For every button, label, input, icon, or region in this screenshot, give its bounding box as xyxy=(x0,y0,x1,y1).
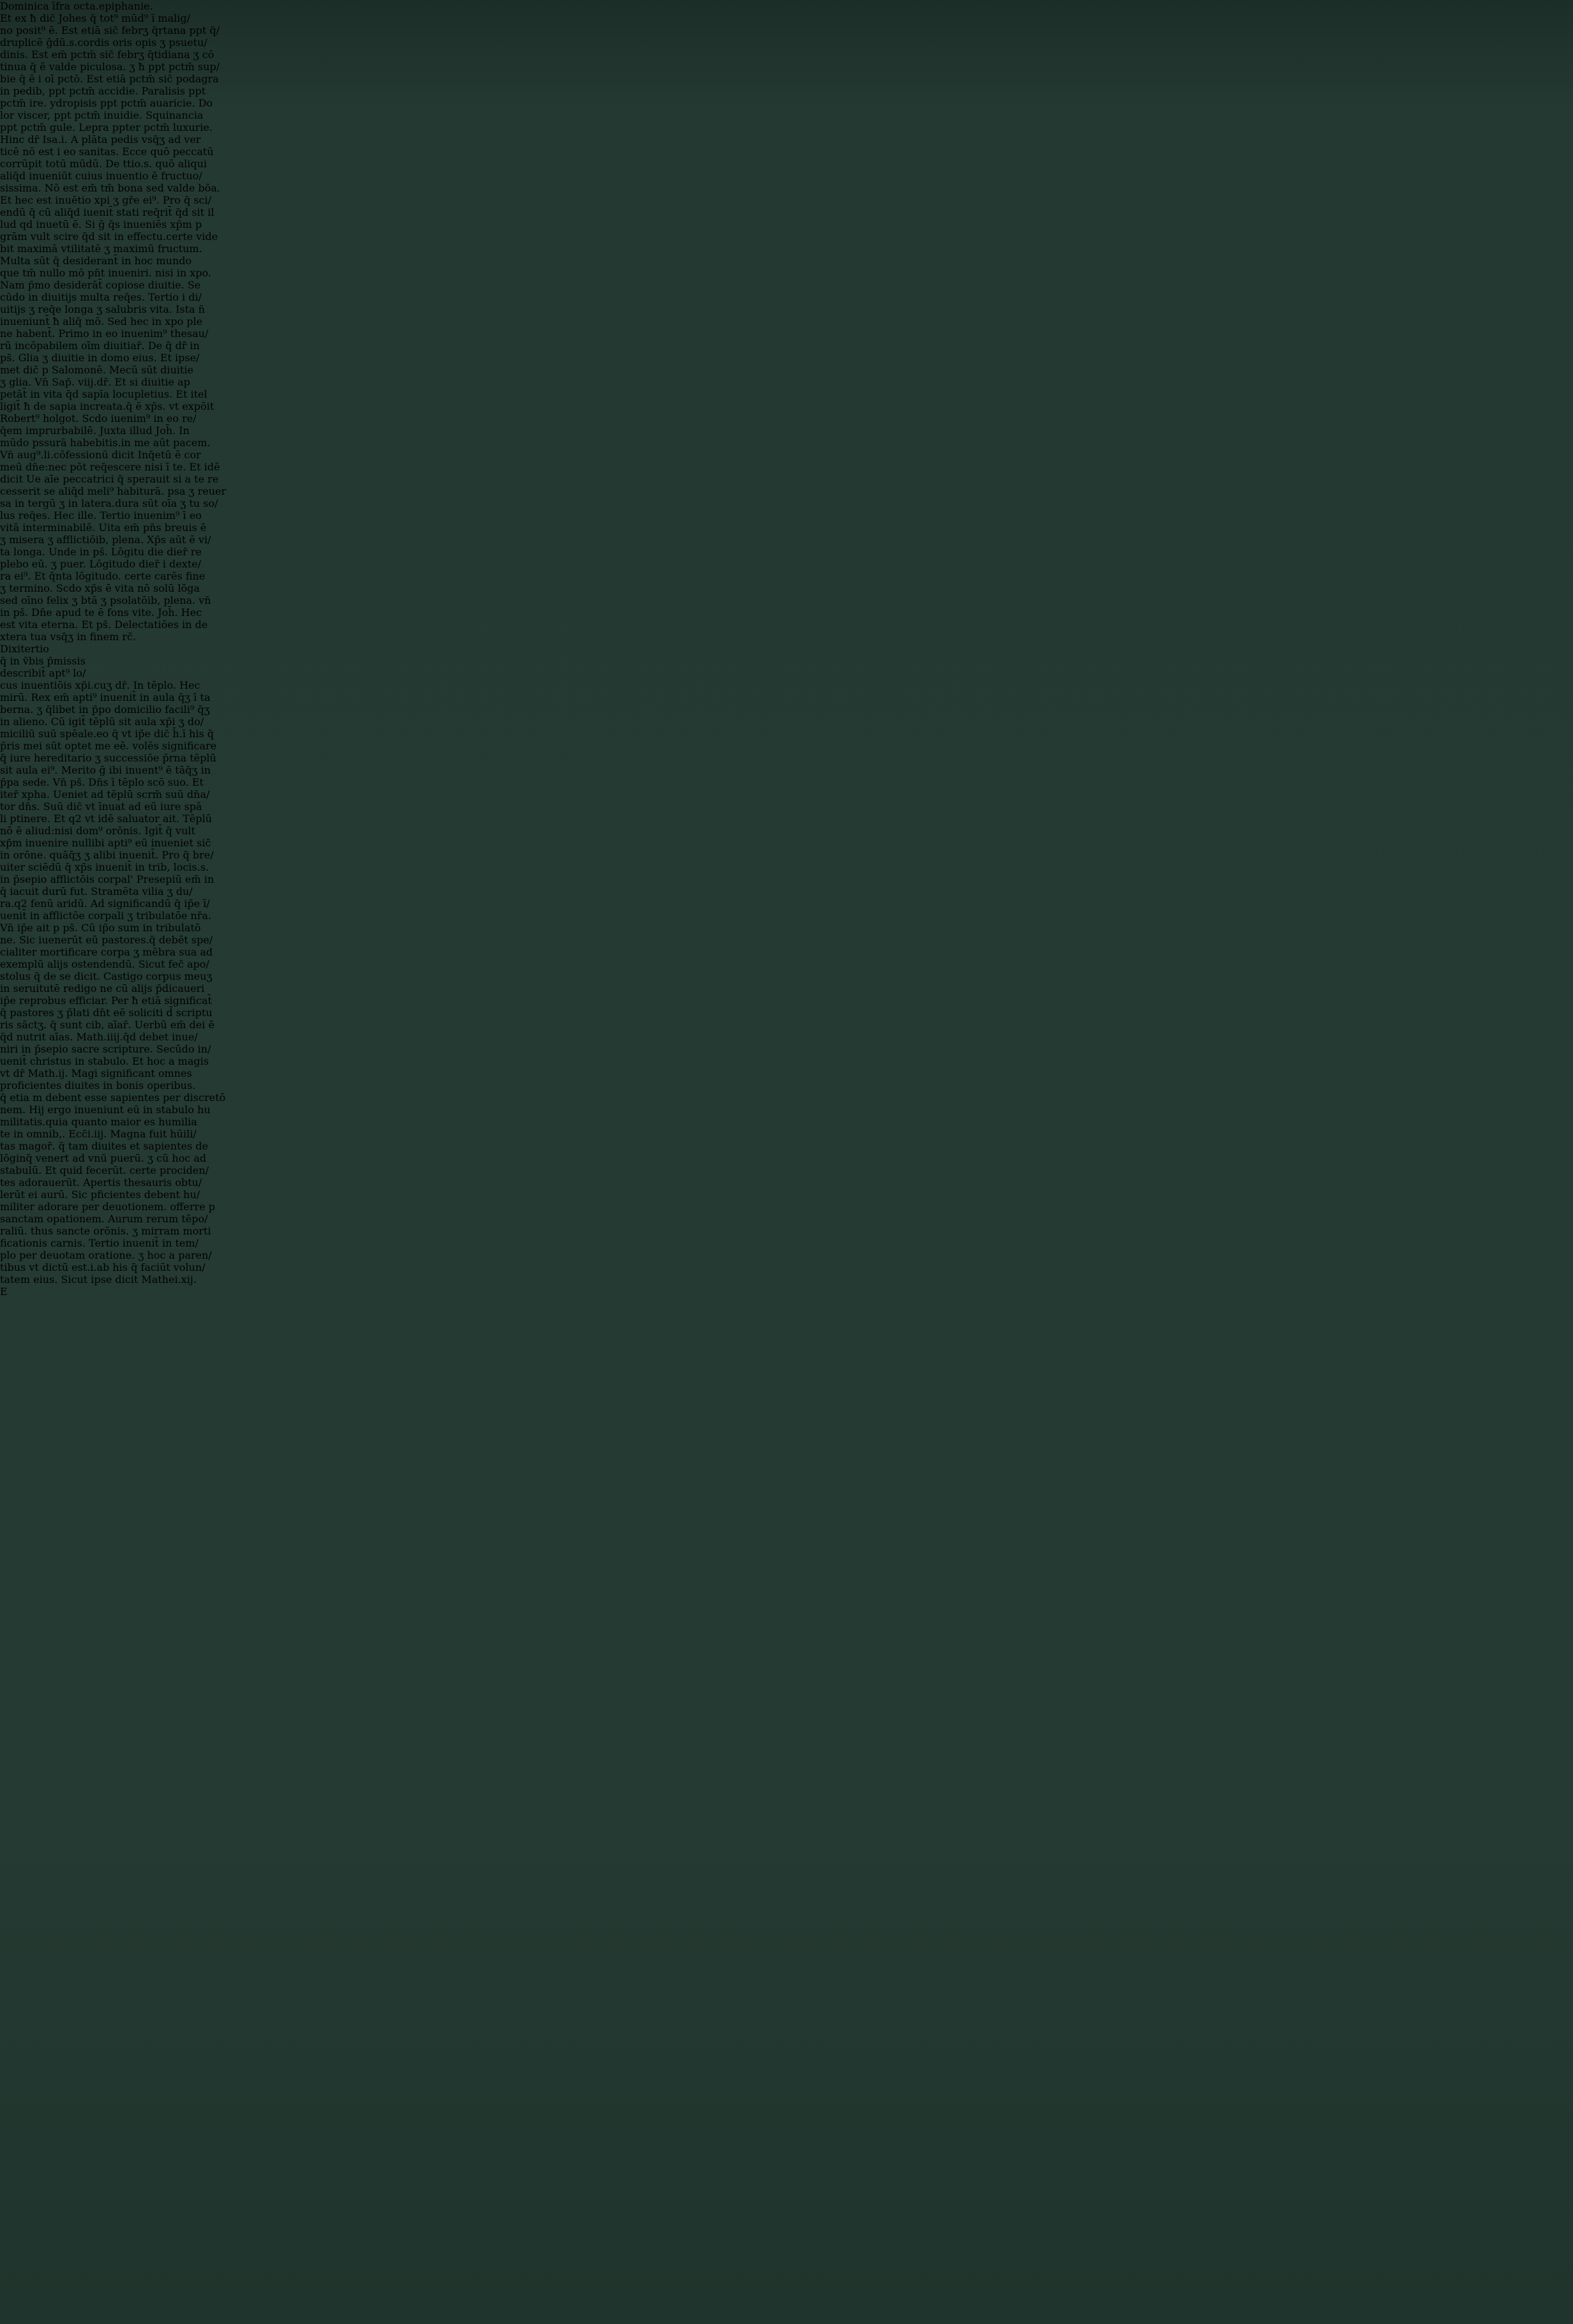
text-line: q̄ iure hereditario ʒ successiōe p̄rna t… xyxy=(0,752,1573,764)
left-text-column: Et ex ħ dic̄ Johes q̄ tot⁹ mūd⁹ ī malig/… xyxy=(0,12,1573,643)
text-line: druplicē ḡdū.s.cordis oris opis ʒ psuetu… xyxy=(0,36,1573,49)
text-line: in seruitutē redigo ne cū alijs p̄dicaue… xyxy=(0,982,1573,994)
text-line: lus req̄es. Hec ille. Tertio inuenim⁹ ī … xyxy=(0,509,1573,521)
text-line: ra.q2 fenū aridū. Ad significandū q̄ ip̄… xyxy=(0,897,1573,910)
text-line: stolus q̄ de se dicit. Castigo corpus me… xyxy=(0,970,1573,982)
text-line: met dic̄ p Salomonē. Mecū sūt diuitie xyxy=(0,364,1573,376)
text-line: p̄pa sede. Vn̄ ps̄. Dn̄s ī tēplo scō suo… xyxy=(0,776,1573,788)
text-line: in orōne. quāq̄ʒ ʒ alibi inuenit̄. Pro q… xyxy=(0,849,1573,861)
text-line: lōginq̄ venert ad vnū puerū. ʒ cū hoc ad xyxy=(0,1152,1573,1164)
text-line: tes adorauerūt. Apertis thesauris obtu/ xyxy=(0,1176,1573,1188)
text-line: Vn̄ ip̄e ait p ps̄. Cū ip̄o sum in tribu… xyxy=(0,922,1573,934)
text-line: meū dn̄e:nec pōt req̄escere nisi ī te. E… xyxy=(0,461,1573,473)
text-line: sa in tergū ʒ in latera.dura sūt oīa ʒ t… xyxy=(0,497,1573,509)
text-line: ʒ misera ʒ afflictiōib, plena. Xp̄s aūt … xyxy=(0,534,1573,546)
text-line: nem. Hij ergo inueniunt eū in stabulo hu xyxy=(0,1104,1573,1116)
text-line: in alieno. Cū igit̄ tēplū sit aula xp̄i … xyxy=(0,716,1573,728)
signature-mark: E xyxy=(0,1286,1573,1298)
text-line: te in omnib,. Ecc̄i.iij. Magna fuit hūil… xyxy=(0,1128,1573,1140)
incipit-heading: Dixitertio xyxy=(0,643,1573,655)
text-line: sit aula ei⁹. Merito ḡ ibi inuent⁹ ē tāq… xyxy=(0,764,1573,776)
text-line: q̄d nutrit aīas. Math.iiij.q̄d debet inu… xyxy=(0,1031,1573,1043)
text-line: proficientes diuites in bonis operibus. xyxy=(0,1079,1573,1091)
text-line: lor viscer, ppt pctm̄ inuidie. Squinanci… xyxy=(0,109,1573,121)
text-line: cialiter mortificare corpa ʒ mēbra sua a… xyxy=(0,946,1573,958)
text-line: Et ex ħ dic̄ Johes q̄ tot⁹ mūd⁹ ī malig/ xyxy=(0,12,1573,24)
text-line: q̄ etia m debent esse sapientes per disc… xyxy=(0,1091,1573,1104)
text-line: petāt̄ in vita q̄d sapīa locupletius. Et… xyxy=(0,388,1573,400)
text-line: tas magor̄. q̄ tam diuites et sapientes … xyxy=(0,1140,1573,1152)
text-line: berna. ʒ q̄libet in p̄po domicilio facil… xyxy=(0,703,1573,716)
text-line: ne. Sic iuenerūt eū pastores.q̄ debēt sp… xyxy=(0,934,1573,946)
text-line: Multa sūt q̄ desiderant̄ in hoc mundo xyxy=(0,255,1573,267)
text-line: ticē nō est i eo sanitas. Ecce quō pecca… xyxy=(0,146,1573,158)
text-line: tibus vt dictū est.i.ab his q̄ faciūt vo… xyxy=(0,1261,1573,1273)
text-line: bie q̄ ē i oī pctō. Est etiā pctm̄ sic̄ … xyxy=(0,73,1573,85)
text-line: ra ei⁹. Et q̄nta lōgitudo. certe carēs f… xyxy=(0,570,1573,582)
text-line: mirū. Rex em̄ apti⁹ inuenit̄ in aula q̄ʒ… xyxy=(0,691,1573,703)
text-line: ficationis carnis. Tertio inuenit̄ in te… xyxy=(0,1237,1573,1249)
text-line: lud qd inuetū ē. Si ḡ q̄s inueniēs xp̄m … xyxy=(0,218,1573,230)
text-line: ne habent̄. Primo in eo inuenim⁹ thesau/ xyxy=(0,327,1573,340)
text-line: militer adorare per deuotionem. offerre … xyxy=(0,1201,1573,1213)
text-line: in pedib, ppt pctm̄ accidie. Paralisis p… xyxy=(0,85,1573,97)
text-line: ta longa. Unde in ps̄. Lōgitu die dier̄ … xyxy=(0,546,1573,558)
text-line: uitijs ʒ req̄e longa ʒ salubris vita. Is… xyxy=(0,303,1573,315)
text-line: in p̄sepio afflictōis corpal' Presepiū e… xyxy=(0,873,1573,885)
text-line: corrūpit totū mūdū. De ttio.s. quō aliqu… xyxy=(0,158,1573,170)
text-line: miciliū suū spēale.eo q̄ vt ip̄e dic̄ h̄… xyxy=(0,728,1573,740)
text-line: mūdo pssurā habebitis.in me aūt pacem. xyxy=(0,437,1573,449)
text-line: tinua q̄ ē valde piculosa. ʒ ħ ppt pctm̄… xyxy=(0,61,1573,73)
text-line: ip̄e reprobus efficiar. Per ħ etiā signi… xyxy=(0,994,1573,1007)
text-line: ppt pctm̄ gule. Lepra ppter pctm̄ luxuri… xyxy=(0,121,1573,133)
text-line: q̄ pastores ʒ p̄lati dn̄t eē soliciti d̄… xyxy=(0,1007,1573,1019)
text-line: plo per deuotam oratione. ʒ hoc a paren/ xyxy=(0,1249,1573,1261)
text-line: ʒ glia. Vn̄ Sap̄. viij.dr̄. Et si diuiti… xyxy=(0,376,1573,388)
text-line: pctm̄ ire. ydropisis ppt pctm̄ auaricie.… xyxy=(0,97,1573,109)
text-line: plebo eū. ʒ puer. Lōgitudo dier̄ i dexte… xyxy=(0,558,1573,570)
text-line: dinis. Est em̄ pctm̄ sic̄ febrʒ q̄tidian… xyxy=(0,49,1573,61)
text-line: militatis.quia quanto maior es humilia xyxy=(0,1116,1573,1128)
text-line: uenit̄ in afflictōe corpali ʒ tribulatōe… xyxy=(0,910,1573,922)
text-line: endū q̄ cū aliq̄d iuenit̄ stati req̄rit̄… xyxy=(0,206,1573,218)
text-line: p̄ris mei sūt optet me eē. volēs signifi… xyxy=(0,740,1573,752)
book-fore-edge xyxy=(1482,59,1532,2208)
text-line: iter̄ xpha. Ueniet ad tēplū scrm̄ suū dn… xyxy=(0,788,1573,800)
text-line: describit̄ apt⁹ lo/ xyxy=(0,667,1573,679)
text-line: Nam p̄mo desiderāt̄ copiose diuitie. Se xyxy=(0,279,1573,291)
text-line: vt dr̄ Math.ij. Magi significant omnes xyxy=(0,1067,1573,1079)
text-line: exemplū alijs ostendendū. Sicut fec̄ apo… xyxy=(0,958,1573,970)
text-line: niri in p̄sepio sacre scripture. Secūdo … xyxy=(0,1043,1573,1055)
text-line: Hinc dr̄ Isa.i. A plāta pedis vsq̄ʒ ad v… xyxy=(0,133,1573,146)
text-line: tatem eius. Sicut ipse dicit Mathei.xij. xyxy=(0,1273,1573,1286)
text-line: ris sāctʒ. q̄ sunt cib, aīar̄. Uerbū em̄… xyxy=(0,1019,1573,1031)
text-line: cus inuentiōis xp̄i.cuʒ dr̄. In tēplo. H… xyxy=(0,679,1573,691)
text-line: aliq̄d inueniūt cuius inuentio ē fructuo… xyxy=(0,170,1573,182)
text-line: sed oīno felix ʒ btā ʒ psolatōib, plena.… xyxy=(0,594,1573,606)
text-line: bit maximā vtilitatē ʒ maximū fructum. xyxy=(0,243,1573,255)
text-line: xtera tua vsq̄ʒ in finem rc̄. xyxy=(0,631,1573,643)
text-line: raliū. thus sancte orōnis. ʒ mirram mort… xyxy=(0,1225,1573,1237)
text-line: inueniunt̄ ħ aliq̄ mō. Sed hec in xpo pl… xyxy=(0,315,1573,327)
text-line: rū incōpabilem oīm diuitiar̄. De q̄ dr̄ … xyxy=(0,340,1573,352)
right-text-column: Dixitertio q̄ in v̄bis p̄missisdescribit… xyxy=(0,643,1573,1286)
text-line: cūdo in diuitijs multa req̄es. Tertio i … xyxy=(0,291,1573,303)
book-page: Dominica īfra octa.epiphanie. Et ex ħ di… xyxy=(0,0,1573,1298)
text-line: Robert⁹ holgot. Scdo iuenim⁹ in eo re/ xyxy=(0,412,1573,424)
text-line: cesserit se aliq̄d meli⁹ habiturā. psa ʒ… xyxy=(0,485,1573,497)
text-line: sanctam opationem. Aurum rerum tēpo/ xyxy=(0,1213,1573,1225)
scan-background: Dominica īfra octa.epiphanie. Et ex ħ di… xyxy=(0,0,1573,2324)
text-line: Vn̄ aug⁹.li.cōfessionū dicit Inq̄etū ē c… xyxy=(0,449,1573,461)
text-line: dicit Ue aīe peccatrici q̄ sperauit si a… xyxy=(0,473,1573,485)
text-line: stabulū. Et quid fecerūt. certe prociden… xyxy=(0,1164,1573,1176)
text-line: grām vult scire q̄d sit in effectu.certe… xyxy=(0,230,1573,243)
text-line: Et hec est inuētio xpi ʒ gr̄e ei⁹. Pro q… xyxy=(0,194,1573,206)
text-line: nō ē aliud:nisi dom⁹ orōnis. Igit̄ q̄ vu… xyxy=(0,825,1573,837)
text-line: vitā interminabilē. Uita em̄ pn̄s breuis… xyxy=(0,521,1573,534)
text-line: ps̄. Glia ʒ diuitie in domo eius. Et ips… xyxy=(0,352,1573,364)
text-line: q̄ iacuit durū fut. Stramēta vilia ʒ du/ xyxy=(0,885,1573,897)
text-line: ligit̄ ħ de sapia increata.q̄ ē xp̄s. vt… xyxy=(0,400,1573,412)
text-line: xp̄m inuenire nullibi apti⁹ eū inueniet … xyxy=(0,837,1573,849)
text-line: in ps̄. Dn̄e apud te ē fons vite. Joh̄. … xyxy=(0,606,1573,618)
text-line: tor dn̄s. Suū dic̄ vt īnuat ad eū iure s… xyxy=(0,800,1573,813)
text-line: q̄em imprurbabilē. Juxta illud Joh̄. In xyxy=(0,424,1573,437)
text-line: est vita eterna. Et ps̄. Delectatiōes in… xyxy=(0,618,1573,631)
text-line: no posit⁹ ē. Est etiā sic̄ febrʒ q̄rtana… xyxy=(0,24,1573,36)
text-line: que tm̄ nullo mō pn̄t inueniri. nisi in … xyxy=(0,267,1573,279)
page-header-title: Dominica īfra octa.epiphanie. xyxy=(0,0,1573,12)
text-line: uenit̄ christus in stabulo. Et hoc a mag… xyxy=(0,1055,1573,1067)
text-line: uiter sciēdū q̄ xp̄s inuenit̄ in trib, l… xyxy=(0,861,1573,873)
text-line: q̄ in v̄bis p̄missis xyxy=(0,655,1573,667)
text-line: sissima. Nō est em̄ tm̄ bona sed valde b… xyxy=(0,182,1573,194)
text-line: lerūt ei aurū. Sic pficientes debent hu/ xyxy=(0,1188,1573,1201)
text-line: ʒ termino. Scdo xp̄s ē vita nō solū lōga xyxy=(0,582,1573,594)
text-line: li ptinere. Et q2 vt idē saluator ait. T… xyxy=(0,813,1573,825)
